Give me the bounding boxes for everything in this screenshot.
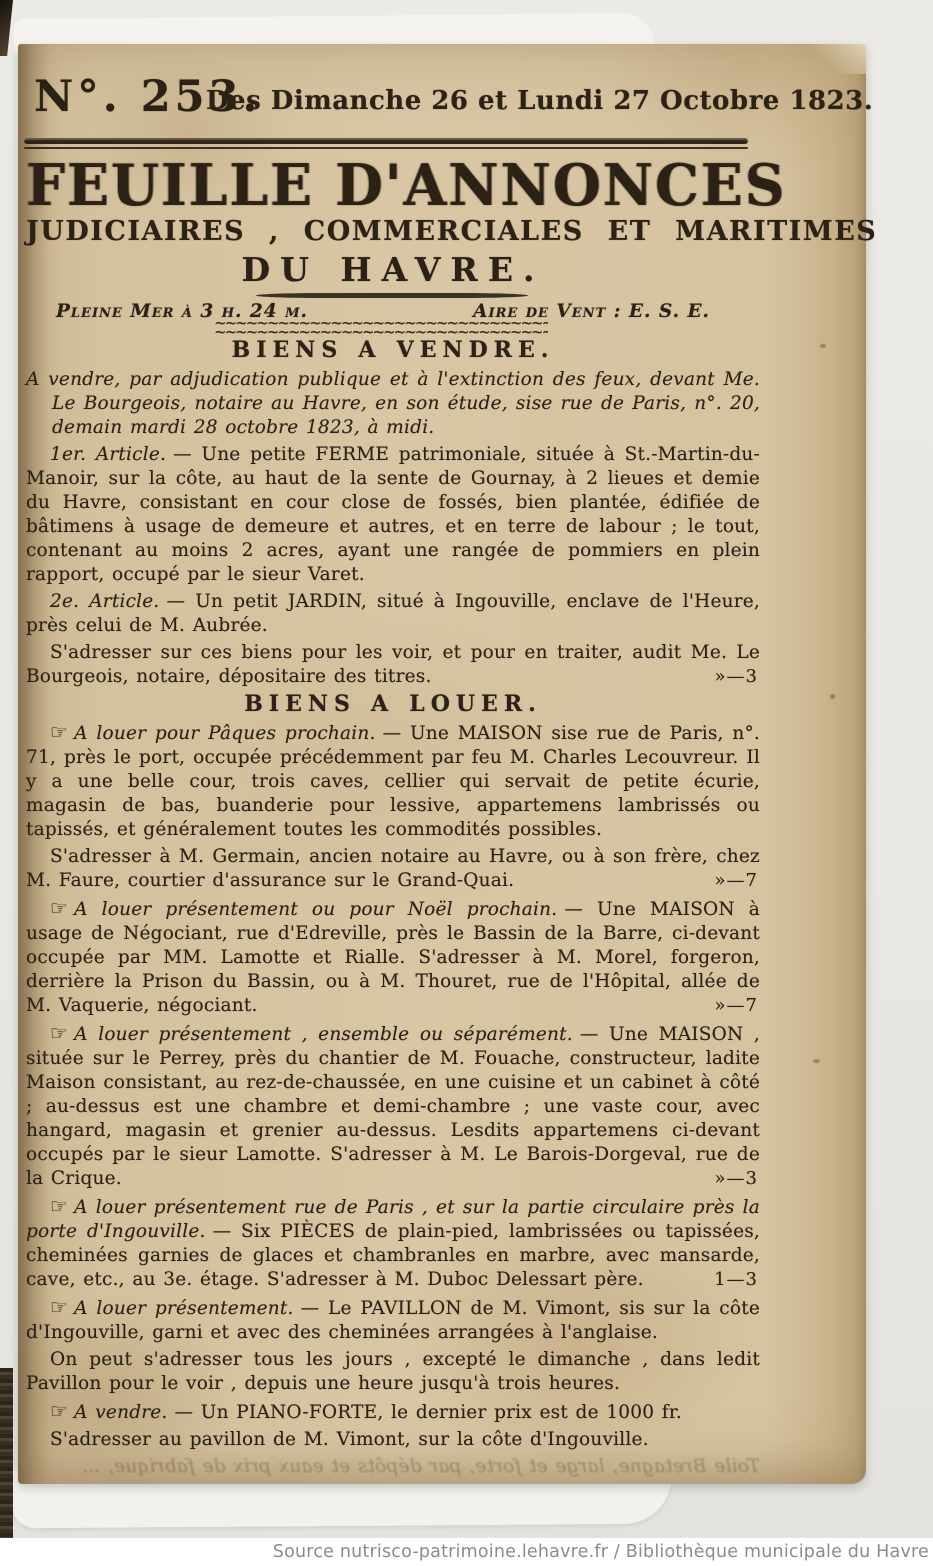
- tide-wind-row: Pleine Mer à 3 h. 24 m. Aire de Vent : E…: [26, 301, 760, 322]
- age-speck: [830, 694, 835, 699]
- manicule-icon: ☞: [50, 1399, 68, 1423]
- ad-lead: A louer pour Pâques prochain.: [74, 723, 375, 744]
- insertion-mark: »—3: [691, 665, 758, 689]
- age-speck: [820, 344, 826, 348]
- contact-text: S'adresser au pavillon de M. Vimont, sur…: [50, 1429, 649, 1450]
- ad-body: — Une MAISON , située sur le Perrey, prè…: [26, 1024, 760, 1189]
- book-spine-bottom: [0, 1368, 13, 1546]
- sale-article-2: 2e. Article.— Un petit JARDIN, situé à I…: [26, 590, 760, 638]
- ad-lead: A louer présentement.: [74, 1298, 293, 1319]
- bleedthrough-text: Toile Bretagne, large et forte, par dépô…: [82, 1456, 760, 1477]
- classified-ad-contact: S'adresser à M. Germain, ancien notaire …: [26, 845, 760, 893]
- classified-ad: ☞A louer présentement ou pour Noël proch…: [26, 896, 760, 1018]
- sale-article-1: 1er. Article.— Une petite FERME patrimon…: [26, 443, 760, 587]
- age-speck: [813, 1059, 820, 1063]
- newspaper-title: FEUILLE D'ANNONCES: [26, 151, 760, 219]
- masthead-rule: [24, 138, 748, 149]
- bleedthrough-line: Toile Bretagne, large et forte, par dépô…: [26, 1455, 760, 1479]
- classified-ad-contact: On peut s'adresser tous les jours , exce…: [26, 1348, 760, 1396]
- wavy-separator: [214, 322, 548, 335]
- newspaper-subtitle: JUDICIAIRES , COMMERCIALES ET MARITIMES: [26, 216, 760, 247]
- insertion-mark: »—3: [691, 1167, 758, 1191]
- article-label: 1er. Article.: [50, 444, 166, 465]
- sale-notice-intro: A vendre, par adjudication publique et à…: [26, 368, 760, 440]
- swell-rule: [256, 293, 528, 298]
- insertion-mark: »—7: [691, 869, 758, 893]
- newspaper-subtitle-city: DU HAVRE.: [26, 250, 760, 289]
- scan-viewport: N°. 253. Des Dimanche 26 et Lundi 27 Oct…: [0, 0, 933, 1566]
- section-heading-louer: BIENS A LOUER.: [26, 692, 760, 716]
- sale-contact: S'adresser sur ces biens pour les voir, …: [26, 641, 760, 689]
- classified-ad: ☞A vendre.— Un PIANO-FORTE, le dernier p…: [26, 1399, 760, 1425]
- insertion-mark: »—7: [691, 994, 758, 1018]
- issue-row: N°. 253. Des Dimanche 26 et Lundi 27 Oct…: [26, 72, 760, 138]
- ad-lead: A vendre.: [74, 1402, 167, 1423]
- insertion-mark: 1—3: [690, 1268, 758, 1292]
- wind-direction: Aire de Vent : E. S. E.: [473, 301, 710, 322]
- classified-ad: ☞A louer présentement rue de Paris , et …: [26, 1194, 760, 1292]
- source-attribution-text: Source nutrisco-patrimoine.lehavre.fr / …: [273, 1542, 929, 1562]
- manicule-icon: ☞: [50, 1194, 68, 1218]
- sale-notice-intro-text: A vendre, par adjudication publique et à…: [26, 369, 760, 438]
- ad-lead: A louer présentement , ensemble ou sépar…: [74, 1024, 573, 1045]
- contact-text: S'adresser sur ces biens pour les voir, …: [26, 642, 760, 687]
- manicule-icon: ☞: [50, 1295, 68, 1319]
- article-text: — Une petite FERME patrimoniale, située …: [26, 444, 760, 585]
- manicule-icon: ☞: [50, 896, 68, 920]
- high-tide-time: Pleine Mer à 3 h. 24 m.: [56, 301, 308, 322]
- ad-lead: A louer présentement ou pour Noël procha…: [74, 899, 557, 920]
- article-label: 2e. Article.: [50, 591, 160, 612]
- ad-body: — Un PIANO-FORTE, le dernier prix est de…: [175, 1402, 682, 1423]
- manicule-icon: ☞: [50, 720, 68, 744]
- classified-ad: ☞A louer présentement , ensemble ou sépa…: [26, 1021, 760, 1191]
- classified-ad: ☞A louer présentement.— Le PAVILLON de M…: [26, 1295, 760, 1345]
- source-attribution-bar: Source nutrisco-patrimoine.lehavre.fr / …: [0, 1538, 933, 1566]
- manicule-icon: ☞: [50, 1021, 68, 1045]
- newspaper-page: N°. 253. Des Dimanche 26 et Lundi 27 Oct…: [18, 44, 866, 1484]
- classifieds-column: BIENS A VENDRE. A vendre, par adjudicati…: [26, 338, 760, 1482]
- section-heading-vendre: BIENS A VENDRE.: [26, 338, 760, 362]
- contact-text: On peut s'adresser tous les jours , exce…: [26, 1349, 760, 1394]
- page-corner-fold: [810, 44, 866, 74]
- contact-text: S'adresser à M. Germain, ancien notaire …: [26, 846, 760, 891]
- book-spine-top: [0, 0, 13, 56]
- issue-date: Des Dimanche 26 et Lundi 27 Octobre 1823…: [206, 86, 873, 116]
- classified-ad: ☞A louer pour Pâques prochain.— Une MAIS…: [26, 720, 760, 842]
- classified-ad-contact: S'adresser au pavillon de M. Vimont, sur…: [26, 1428, 760, 1452]
